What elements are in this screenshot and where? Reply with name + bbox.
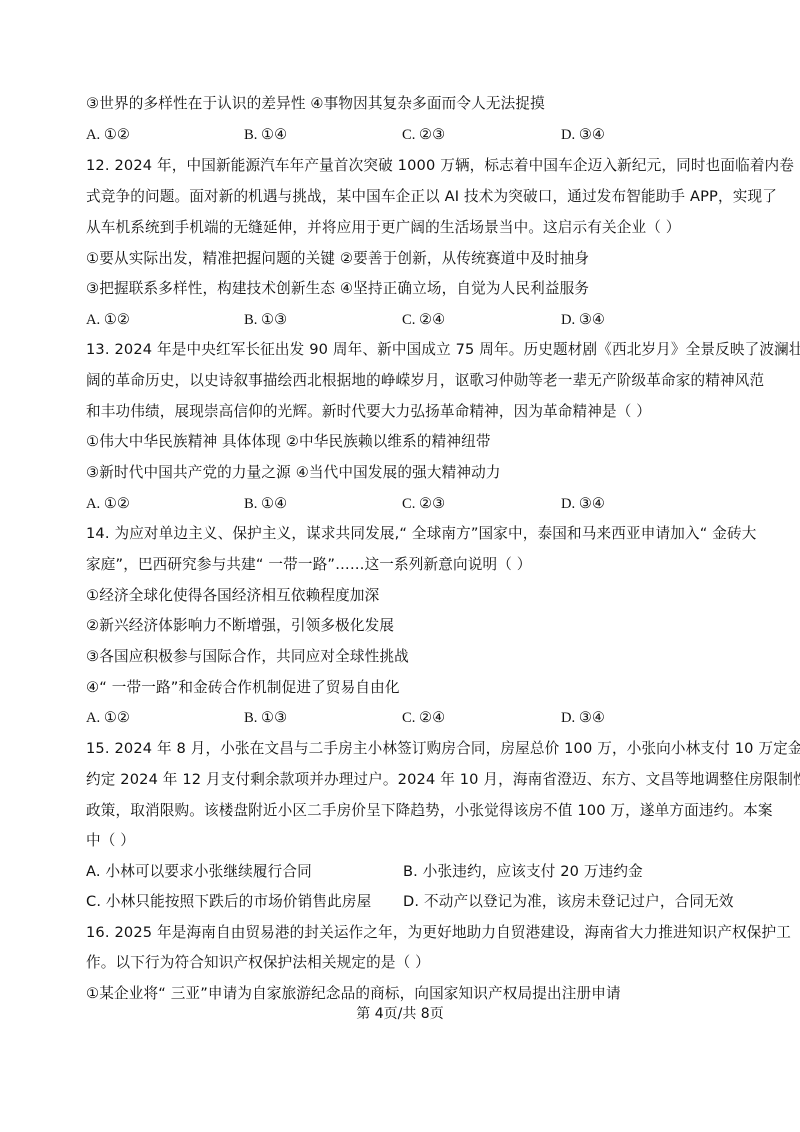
text-line: 从车机系统到手机端的无缝延伸，并将应用于更广阔的生活场景当中。这启示有关企业（ …	[86, 218, 681, 238]
text-line: ④“ 一带一路”和金砖合作机制促进了贸易自由化	[86, 678, 400, 698]
text-line: 和丰功伟绩，展现崇高信仰的光辉。新时代要大力弘扬革命精神，因为革命精神是（ ）	[86, 402, 651, 422]
answer-option: C. ②③	[402, 494, 445, 514]
text-line: 12. 2024 年，中国新能源汽车年产量首次突破 1000 万辆，标志着中国车…	[86, 156, 794, 176]
text-line: 约定 2024 年 12 月支付剩余款项并办理过户。2024 年 10 月，海南…	[86, 770, 800, 790]
answer-choices: A. ①②B. ①④C. ②③D. ③④	[86, 125, 726, 145]
answer-option: D. ③④	[561, 708, 605, 728]
text-line: 15. 2024 年 8 月，小张在文昌与二手房主小林签订购房合同，房屋总价 1…	[86, 739, 800, 759]
text-line: 13. 2024 年是中央红军长征出发 90 周年、新中国成立 75 周年。历史…	[86, 340, 800, 360]
answer-option: B. ①③	[244, 708, 287, 728]
answer-option: C. ②③	[402, 125, 445, 145]
answer-option: A. ①②	[86, 708, 130, 728]
text-line: 阔的革命历史，以史诗叙事描绘西北根据地的峥嵘岁月，讴歌习仲勋等老一辈无产阶级革命…	[86, 371, 764, 391]
answer-option: A. ①②	[86, 494, 130, 514]
answer-choices: A. ①②B. ①④C. ②③D. ③④	[86, 494, 726, 514]
answer-option: B. 小张违约，应该支付 20 万违约金	[403, 862, 643, 882]
text-line: 式竞争的问题。面对新的机遇与挑战，某中国车企正以 AI 技术为突破口，通过发布智…	[86, 187, 777, 207]
answer-option: C. 小林只能按照下跌后的市场价销售此房屋	[86, 892, 371, 912]
answer-option: B. ①③	[244, 310, 287, 330]
answer-option: D. ③④	[561, 310, 605, 330]
text-line: 家庭”，巴西研究参与共建“ 一带一路”……这一系列新意向说明（ ）	[86, 555, 532, 575]
text-line: 政策，取消限购。该楼盘附近小区二手房价呈下降趋势，小张觉得该房不值 100 万，…	[86, 801, 773, 821]
text-line: ③各国应积极参与国际合作，共同应对全球性挑战	[86, 647, 409, 667]
answer-option: C. ②④	[402, 310, 445, 330]
text-line: 16. 2025 年是海南自由贸易港的封关运作之年，为更好地助力自贸港建设，海南…	[86, 923, 791, 943]
answer-option: C. ②④	[402, 708, 445, 728]
answer-option: B. ①④	[244, 125, 287, 145]
text-line: ③把握联系多样性，构建技术创新生态 ④坚持正确立场，自觉为人民利益服务	[86, 279, 589, 299]
text-line: ②新兴经济体影响力不断增强，引领多极化发展	[86, 616, 394, 636]
answer-option: A. 小林可以要求小张继续履行合同	[86, 862, 312, 882]
answer-option: D. ③④	[561, 125, 605, 145]
answer-option: D. 不动产以登记为准，该房未登记过户，合同无效	[403, 892, 734, 912]
answer-option: A. ①②	[86, 125, 130, 145]
text-line: ①要从实际出发，精准把握问题的关键 ②要善于创新，从传统赛道中及时抽身	[86, 249, 589, 269]
answer-option: D. ③④	[561, 494, 605, 514]
text-line: 14. 为应对单边主义、保护主义，谋求共同发展,“ 全球南方”国家中，泰国和马来…	[86, 524, 756, 544]
text-line: ①某企业将“ 三亚”申请为自家旅游纪念品的商标，向国家知识产权局提出注册申请	[86, 984, 621, 1004]
answer-option: B. ①④	[244, 494, 287, 514]
answer-option: A. ①②	[86, 310, 130, 330]
page-footer: 第 4页/共 8页	[0, 1003, 800, 1023]
text-line: ③世界的多样性在于认识的差异性 ④事物因其复杂多面而令人无法捉摸	[86, 94, 545, 114]
text-line: ③新时代中国共产党的力量之源 ④当代中国发展的强大精神动力	[86, 463, 501, 483]
text-line: 作。以下行为符合知识产权保护法相关规定的是（ ）	[86, 953, 430, 973]
text-line: ①伟大中华民族精神 具体体现 ②中华民族赖以维系的精神纽带	[86, 432, 491, 452]
answer-choices: A. ①②B. ①③C. ②④D. ③④	[86, 310, 726, 330]
answer-choices: A. ①②B. ①③C. ②④D. ③④	[86, 708, 726, 728]
text-line: ①经济全球化使得各国经济相互依赖程度加深	[86, 586, 379, 606]
text-line: 中（ ）	[86, 831, 135, 851]
